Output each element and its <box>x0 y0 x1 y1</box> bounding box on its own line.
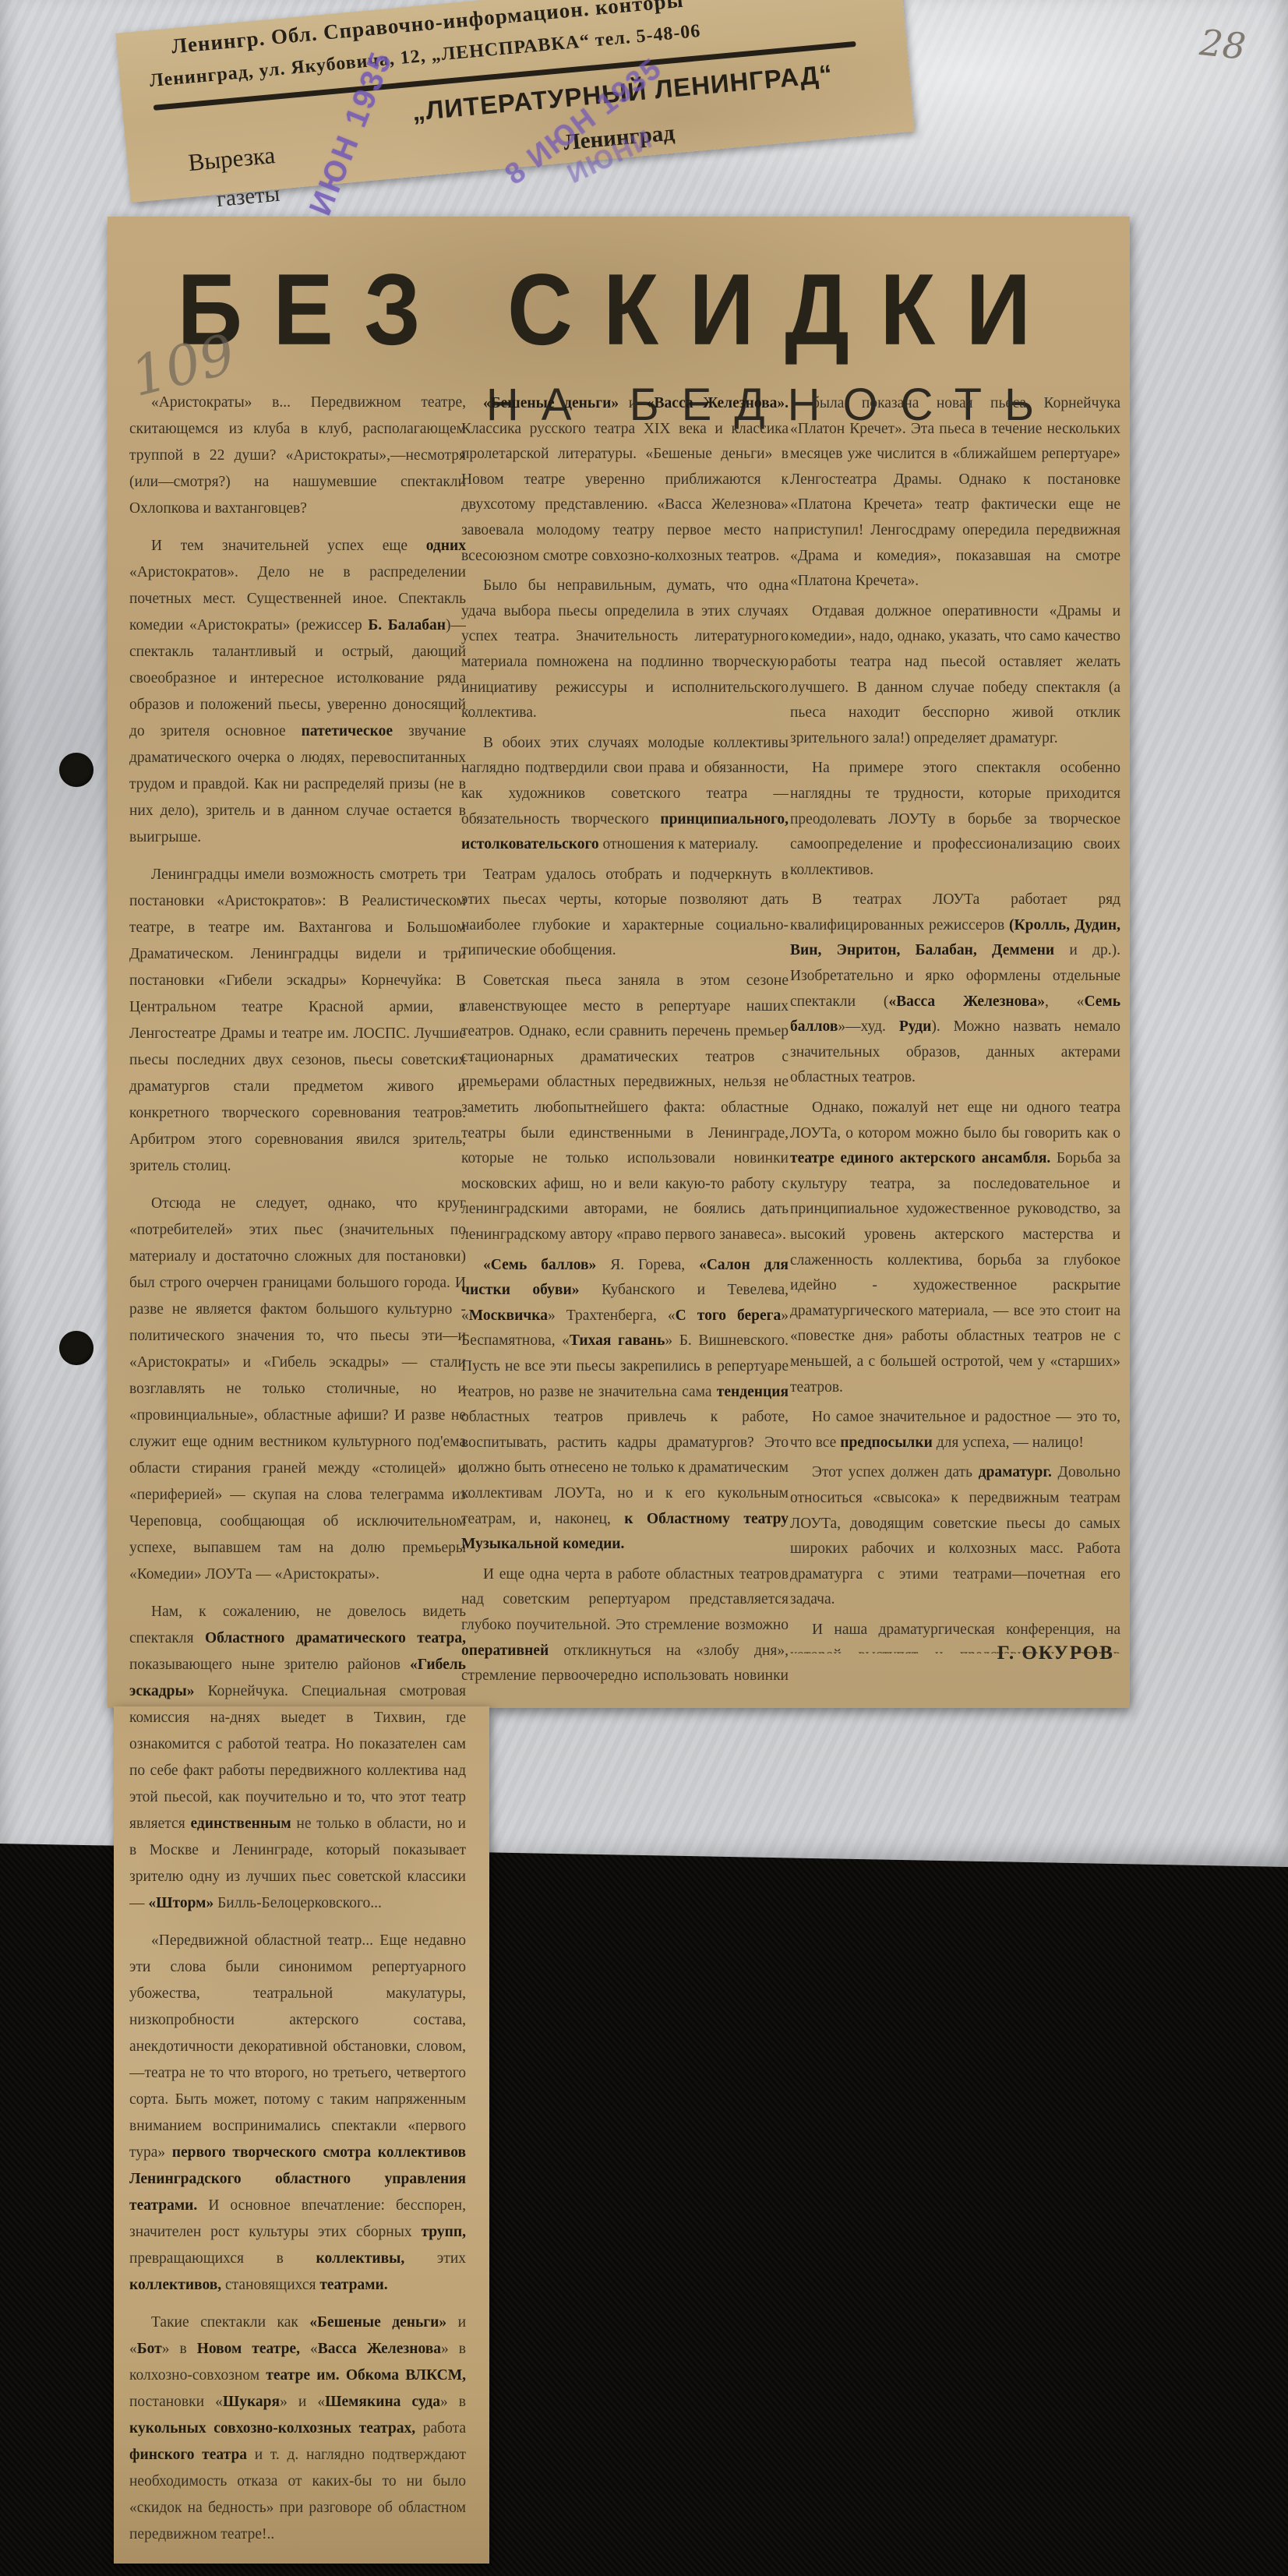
paragraph: Однако, пожалуй нет еще ни одного театра… <box>790 1096 1120 1400</box>
paragraph: Ленинградцы имели возможность смотреть т… <box>129 862 466 1180</box>
article-column-2: «Бешеные деньги» и «Васса Железнова». Кл… <box>461 391 789 1694</box>
paragraph: «Аристократы» в... Передвижном театре, с… <box>129 390 466 522</box>
paragraph: Такие спектакли как «Бешеные деньги» и «… <box>129 2310 466 2546</box>
slip-label-cutting: Вырезка <box>187 141 277 177</box>
punch-hole <box>59 1331 94 1365</box>
paragraph: Было бы неправильным, думать, что одна у… <box>461 573 789 726</box>
paragraph: И еще одна черта в работе областных теат… <box>461 1562 789 1694</box>
punch-hole <box>59 753 94 787</box>
article-headline: БЕЗ СКИДКИ <box>117 251 1122 368</box>
article-column-1: «Аристократы» в... Передвижном театре, с… <box>129 390 466 2546</box>
paragraph: В обоих этих случаях молодые коллективы … <box>461 731 789 858</box>
paragraph: Театрам удалось отобрать и подчеркнуть в… <box>461 863 789 964</box>
paragraph: Этот успех должен дать драматург. Доволь… <box>790 1460 1120 1613</box>
paragraph: И тем значительней успех еще одних «Арис… <box>129 533 466 851</box>
paragraph: Советская пьеса заняла в этом сезоне гла… <box>461 969 789 1248</box>
paragraph: «Семь баллов» Я. Горева, «Салон для чист… <box>461 1253 789 1558</box>
paragraph: Отдавая должное оперативности «Драмы и к… <box>790 599 1120 752</box>
paragraph: На примере этого спектакля особенно нагл… <box>790 756 1120 883</box>
handwritten-page-number: 28 <box>1198 21 1247 68</box>
paragraph: Но самое значительное и радостное — это … <box>790 1405 1120 1456</box>
author-byline: Г. ОКУРОВ <box>803 1643 1114 1664</box>
paragraph: была показана новая пьеса Корнейчука «Пл… <box>790 391 1120 595</box>
album-page: Ленингр. Обл. Справочно-информацион. кон… <box>0 0 1288 2576</box>
paragraph: Отсюда не следует, однако, что круг «пот… <box>129 1191 466 1588</box>
paragraph: «Бешеные деньги» и «Васса Железнова». Кл… <box>461 391 789 569</box>
paragraph: Нам, к сожалению, не довелось видеть спе… <box>129 1599 466 1917</box>
article-column-3: была показана новая пьеса Корнейчука «Пл… <box>790 391 1120 1653</box>
paragraph: «Передвижной областной театр... Еще неда… <box>129 1928 466 2299</box>
paragraph: В театрах ЛОУТа работает ряд квалифициро… <box>790 887 1120 1091</box>
